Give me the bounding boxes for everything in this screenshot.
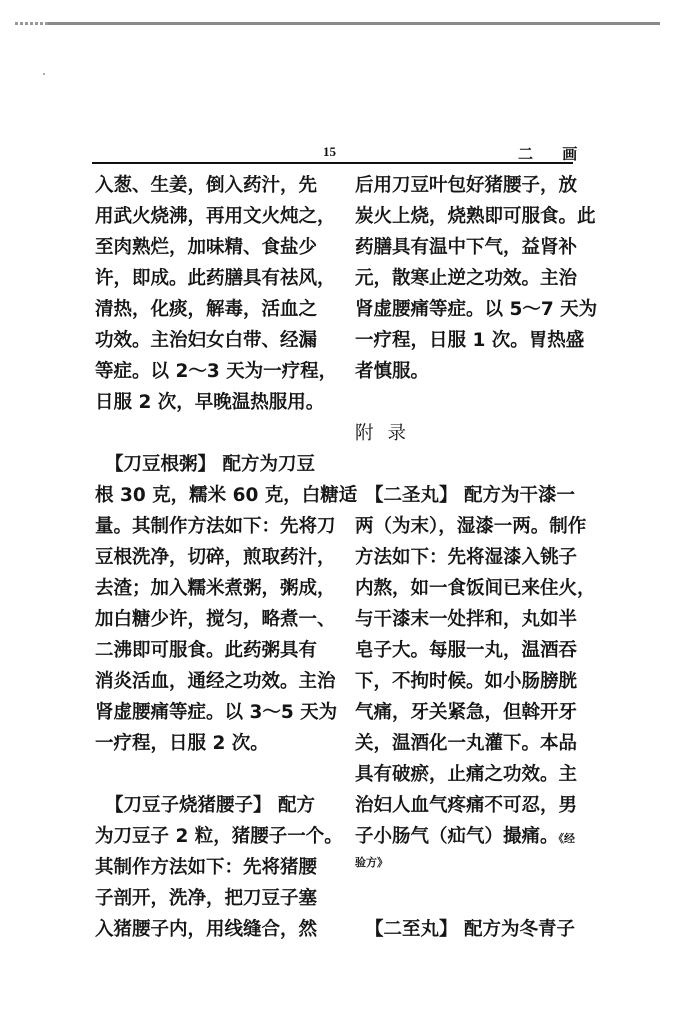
entry-heading-line: 【刀豆子烧猪腰子】 配方 — [95, 790, 335, 821]
text-line: 功效。主治妇女白带、经漏 — [95, 325, 335, 356]
text-line: 者慎服。 — [355, 356, 573, 387]
text-line: 肾虚腰痛等症。以 5～7 天为 — [355, 294, 573, 325]
text-line: 清热，化痰，解毒，活血之 — [95, 294, 335, 325]
text-line: 许，即成。此药膳具有祛风， — [95, 263, 335, 294]
appendix-label: 附录 — [355, 418, 573, 449]
text-line: 药膳具有温中下气，益肾补 — [355, 232, 573, 263]
text-line: 其制作方法如下：先将猪腰 — [95, 852, 335, 883]
entry-title-daodouzi: 【刀豆子烧猪腰子】 — [105, 795, 272, 816]
text-line: 炭火上烧，烧熟即可服食。此 — [355, 201, 573, 232]
entry-heading-line: 【二圣丸】 配方为干漆一 — [355, 480, 573, 511]
text-line: 方法如下：先将湿漆入铫子 — [355, 542, 573, 573]
text-line: 具有破瘀，止痛之功效。主 — [355, 759, 573, 790]
text-line: 为刀豆子 2 粒，猪腰子一个。 — [95, 821, 335, 852]
text-line: 用武火烧沸，再用文火炖之， — [95, 201, 335, 232]
text-line: 治妇人血气疼痛不可忍，男 — [355, 790, 573, 821]
text-line: 加白糖少许，搅匀，略煮一、 — [95, 604, 335, 635]
text-line: 肾虚腰痛等症。以 3～5 天为 — [95, 697, 335, 728]
text-line-main: 子小肠气（疝气）撮痛。 — [355, 826, 559, 847]
text-line: 入猪腰子内，用线缝合，然 — [95, 914, 335, 945]
entry-heading-rest: 配方为冬青子 — [458, 919, 575, 940]
text-line: 内熬，如一食饭间已来住火， — [355, 573, 573, 604]
entry-heading-rest: 配方 — [272, 795, 315, 816]
source-citation-cont: 验方》 — [355, 852, 573, 874]
text-line: 后用刀豆叶包好猪腰子，放 — [355, 170, 573, 201]
text-line: 皂子大。每服一丸，温酒吞 — [355, 635, 573, 666]
paragraph-gap — [355, 874, 573, 914]
entry-heading-line: 【刀豆根粥】 配方为刀豆 — [95, 449, 335, 480]
text-line: 子小肠气（疝气）撮痛。《经 — [355, 821, 573, 852]
paragraph-gap — [95, 759, 335, 790]
text-line: 两（为末），湿漆一两。制作 — [355, 511, 573, 542]
entry-heading-rest: 配方为刀豆 — [216, 454, 315, 475]
text-line: 元，散寒止逆之功效。主治 — [355, 263, 573, 294]
text-line: 一疗程，日服 1 次。胃热盛 — [355, 325, 573, 356]
text-line: 与干漆末一处拌和，丸如半 — [355, 604, 573, 635]
paragraph-gap — [355, 387, 573, 418]
entry-heading-line: 【二至丸】 配方为冬青子 — [355, 914, 573, 945]
paragraph-gap — [355, 449, 573, 480]
text-line: 二沸即可服食。此药粥具有 — [95, 635, 335, 666]
text-line: 下，不拘时候。如小肠膀胱 — [355, 666, 573, 697]
text-line: 量。其制作方法如下：先将刀 — [95, 511, 335, 542]
paragraph-gap — [95, 418, 335, 449]
scan-speck — [43, 73, 45, 75]
top-rule-dots — [15, 22, 48, 25]
text-line: 豆根洗净，切碎，煎取药汁， — [95, 542, 335, 573]
text-line: 至肉熟烂，加味精、食盐少 — [95, 232, 335, 263]
text-line: 入葱、生姜，倒入药汁，先 — [95, 170, 335, 201]
text-line: 日服 2 次，早晚温热服用。 — [95, 387, 335, 418]
left-column: 入葱、生姜，倒入药汁，先 用武火烧沸，再用文火炖之， 至肉熟烂，加味精、食盐少 … — [95, 170, 335, 945]
entry-title-ershengwan: 【二圣丸】 — [365, 485, 458, 506]
text-line: 消炎活血，通经之功效。主治 — [95, 666, 335, 697]
right-column: 后用刀豆叶包好猪腰子，放 炭火上烧，烧熟即可服食。此 药膳具有温中下气，益肾补 … — [355, 170, 573, 945]
text-line: 气痛，牙关紧急，但斡开牙 — [355, 697, 573, 728]
entry-title-daodougenzhou: 【刀豆根粥】 — [105, 454, 216, 475]
top-scan-rule — [48, 22, 660, 25]
text-line: 根 30 克，糯米 60 克，白糖适 — [95, 480, 335, 511]
text-line: 一疗程，日服 2 次。 — [95, 728, 335, 759]
text-line: 关，温酒化一丸灌下。本品 — [355, 728, 573, 759]
page-number: 15 — [323, 144, 336, 160]
text-line: 去渣；加入糯米煮粥，粥成， — [95, 573, 335, 604]
text-line: 子剖开，洗净，把刀豆子塞 — [95, 883, 335, 914]
source-citation: 《经 — [559, 832, 576, 845]
entry-title-erzhiwan: 【二至丸】 — [365, 919, 458, 940]
section-heading: 二 画 — [518, 143, 589, 164]
entry-heading-rest: 配方为干漆一 — [458, 485, 575, 506]
header-rule — [92, 162, 573, 164]
text-line: 等症。以 2～3 天为一疗程， — [95, 356, 335, 387]
